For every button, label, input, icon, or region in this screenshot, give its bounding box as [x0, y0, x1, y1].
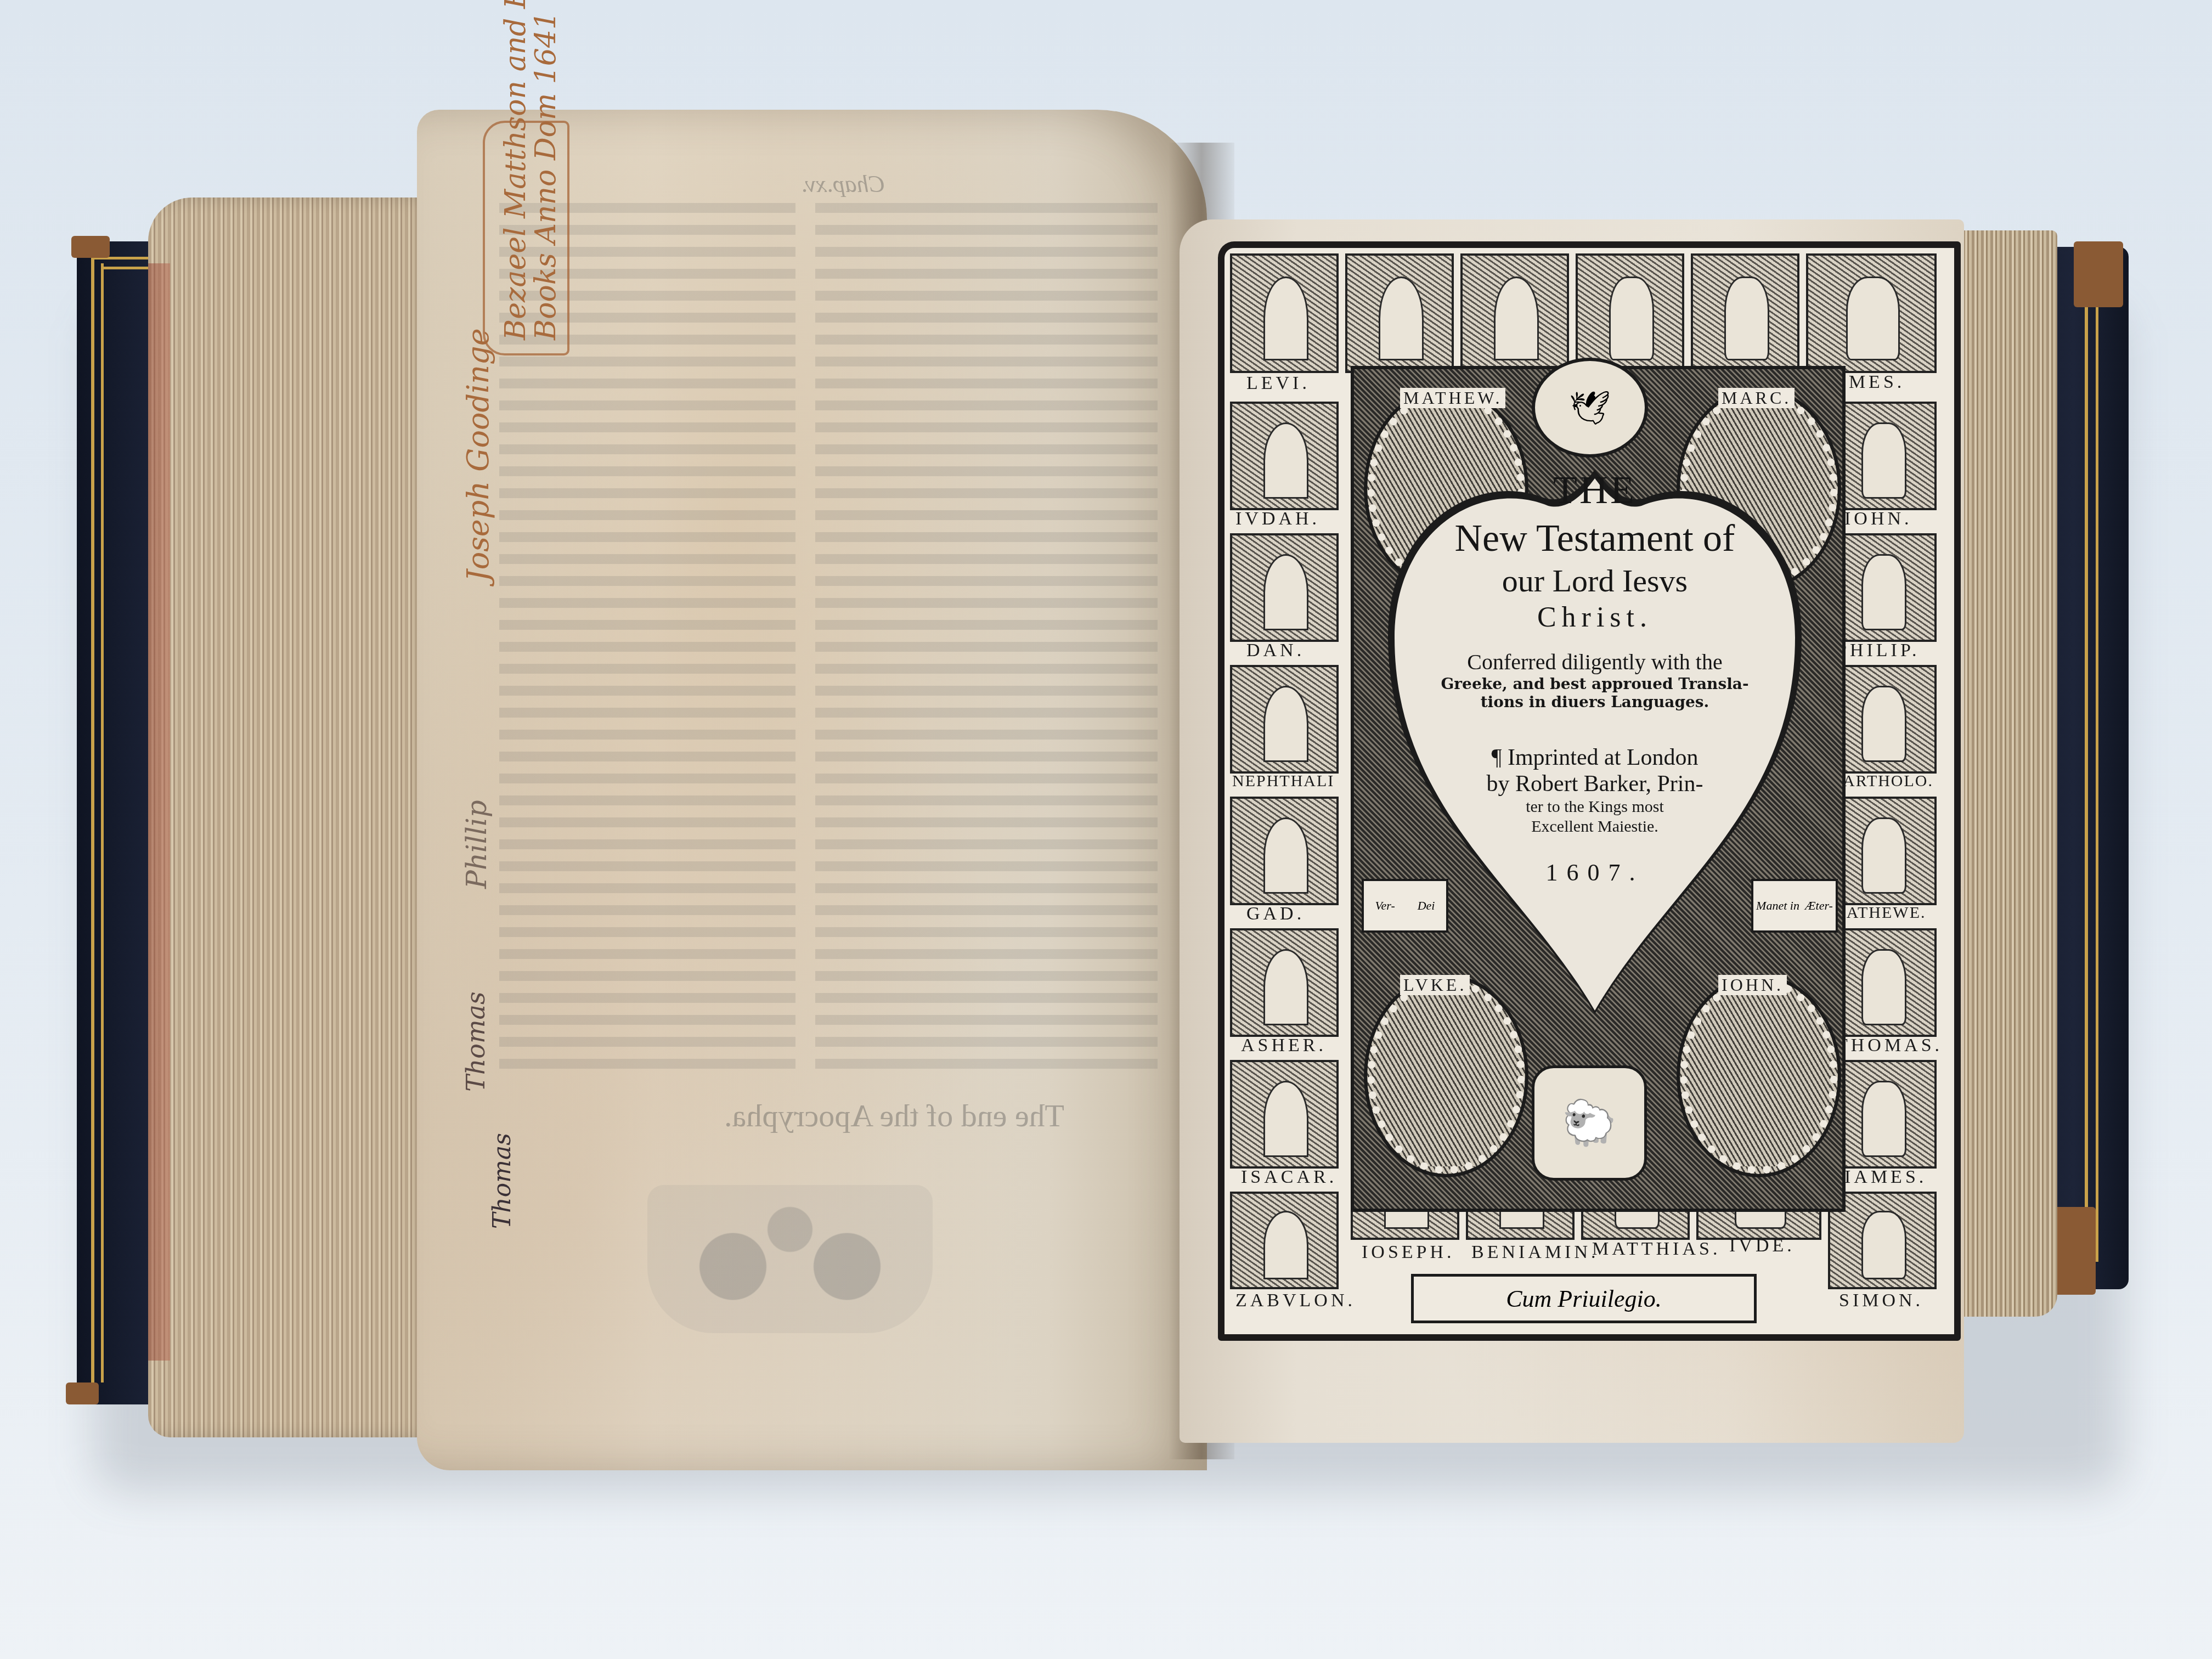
- title-line-2: our Lord Iesvs: [1384, 562, 1806, 599]
- left-page-block-edges: [148, 198, 433, 1437]
- tribe-tent-cell: [1460, 253, 1569, 373]
- label-nephthali: NEPHTHALI: [1232, 772, 1334, 791]
- label-beniamin: BENIAMIN.: [1471, 1242, 1599, 1263]
- woodcut-border: LEVI. SIMEON. RVBEN. PETER. ANDREWE IAME…: [1218, 241, 1961, 1341]
- label-isacar: ISACAR.: [1241, 1167, 1337, 1188]
- evangelist-medallion-john: [1680, 978, 1838, 1174]
- dove-emblem-icon: 🕊: [1532, 358, 1648, 458]
- tribe-tent-cell: [1345, 253, 1454, 373]
- tribe-tent-cell: [1230, 665, 1339, 774]
- subtitle-line-3: tions in diuers Languages.: [1384, 693, 1806, 712]
- label-dan: DAN.: [1246, 640, 1305, 661]
- label-zabulon: ZABVLON.: [1235, 1290, 1356, 1311]
- book-text: Manet in: [1756, 899, 1799, 913]
- text-columns-show-through: [499, 203, 1158, 1081]
- tribe-tent-cell: [1230, 928, 1339, 1037]
- apostle-cell: [1576, 253, 1684, 373]
- subtitle-line-1: Conferred diligently with the: [1384, 649, 1806, 675]
- manuscript-note: Books Anno Dom 1641: [529, 12, 562, 340]
- lamb-of-god-emblem-icon: 🐑: [1532, 1065, 1647, 1181]
- tribe-tent-cell: [1230, 402, 1339, 510]
- label-iames-2: IAMES.: [1844, 1167, 1927, 1188]
- torn-spine: [2052, 1207, 2096, 1295]
- manuscript-note: Thomas: [461, 991, 490, 1092]
- label-asher: ASHER.: [1241, 1035, 1327, 1056]
- title-page: LEVI. SIMEON. RVBEN. PETER. ANDREWE IAME…: [1180, 219, 1964, 1443]
- apostle-cell: [1691, 253, 1799, 373]
- photo-scene: Chap.xv. The end of the Apocrypha. Bezae…: [0, 0, 2212, 1659]
- manuscript-note: Phillip: [461, 800, 493, 889]
- imprint-line-1: ¶ Imprinted at London: [1384, 744, 1806, 771]
- open-book-manet-in-aeternum-icon: Manet in Æter-: [1751, 879, 1838, 933]
- cum-privilegio-cartouche: Cum Priuilegio.: [1411, 1274, 1757, 1323]
- title-line-1: New Testament of: [1384, 518, 1806, 559]
- open-book-verbum-dei-icon: Ver- Dei: [1362, 879, 1448, 933]
- label-iohn: IOHN.: [1844, 509, 1912, 529]
- worn-corner: [71, 236, 110, 258]
- tribe-tent-cell: [1230, 1060, 1339, 1169]
- title-line-3: Christ.: [1384, 601, 1806, 634]
- label-simon: SIMON.: [1839, 1290, 1923, 1311]
- label-philip: PHILIP.: [1836, 640, 1920, 661]
- gilt-rule: [91, 258, 94, 1388]
- tribe-tent-cell: [1230, 1192, 1339, 1289]
- book-text: Æter-: [1805, 899, 1833, 913]
- label-iudah: IVDAH.: [1235, 509, 1320, 529]
- label-thomas: THOMAS.: [1836, 1035, 1943, 1056]
- label-mathew: MATHEW.: [1400, 388, 1505, 408]
- torn-spine: [2074, 241, 2123, 307]
- ornament-show-through: [647, 1185, 933, 1333]
- title-text-block: THE New Testament of our Lord Iesvs Chri…: [1384, 462, 1806, 887]
- label-levi: LEVI.: [1246, 373, 1310, 394]
- imprint-line-3: ter to the Kings most: [1384, 797, 1806, 817]
- imprint-line-4: Excellent Maiestie.: [1384, 817, 1806, 837]
- manuscript-note: Thomas: [488, 1133, 516, 1229]
- worn-corner: [66, 1383, 99, 1404]
- label-john: IOHN.: [1718, 975, 1787, 995]
- tribe-tent-cell: [1230, 533, 1339, 642]
- tribe-tent-cell: [1230, 797, 1339, 905]
- right-page-block-edges: [1953, 230, 2057, 1317]
- label-luke: LVKE.: [1400, 975, 1470, 995]
- title-the: THE: [1384, 467, 1806, 513]
- label-iude: IVDE.: [1729, 1235, 1795, 1256]
- apostle-cell: [1806, 253, 1937, 373]
- label-matthias: MATTHIAS.: [1592, 1239, 1720, 1260]
- end-of-apocrypha-show-through: The end of the Apocrypha.: [724, 1097, 1064, 1134]
- imprint-line-2: by Robert Barker, Prin-: [1384, 771, 1806, 797]
- gilt-rule: [2096, 296, 2098, 1262]
- book-text: Ver-: [1375, 899, 1395, 913]
- label-bartholo: BARTHOLO.: [1831, 772, 1933, 791]
- tribe-tent-cell: [1230, 253, 1339, 373]
- manuscript-note: Bezaeel Matthson and Ezek: [499, 0, 532, 340]
- book-text: Dei: [1418, 899, 1435, 913]
- gilt-rule: [2085, 291, 2088, 1267]
- manuscript-note: Joseph Goodinge: [461, 328, 495, 582]
- running-head-show-through: Chap.xv.: [801, 170, 885, 198]
- label-gad: GAD.: [1246, 904, 1305, 924]
- left-page: Chap.xv. The end of the Apocrypha. Bezae…: [417, 110, 1207, 1470]
- label-marc: MARC.: [1718, 388, 1795, 408]
- subtitle-line-2: Greeke, and best approued Transla-: [1384, 675, 1806, 693]
- evangelist-medallion-luke: [1367, 978, 1525, 1174]
- label-ioseph: IOSEPH.: [1362, 1242, 1455, 1263]
- gilt-rule: [101, 263, 104, 1383]
